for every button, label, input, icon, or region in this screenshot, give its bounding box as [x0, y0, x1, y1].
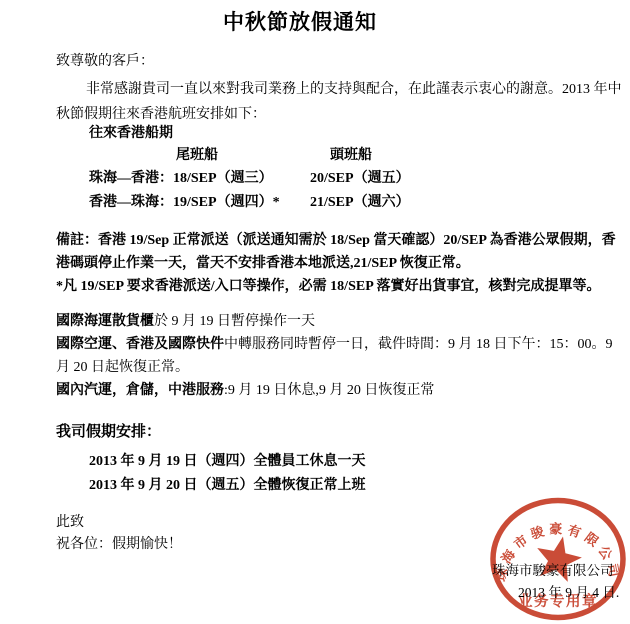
holiday-line-1: 2013 年 9 月 19 日（週四）全體員工休息一天 [89, 450, 366, 474]
schedule-column-headers: 尾班船頭班船 [176, 144, 372, 164]
page-title: 中秋節放假通知 [0, 6, 600, 36]
remarks-line-2: *凡 19/SEP 要求香港派送/入口等操作，必需 18/SEP 落實好出貨事宜… [56, 275, 624, 298]
service-label: 國內汽運，倉儲，中港服務 [56, 383, 224, 398]
remarks-line-1: 備註：香港 19/Sep 正常派送（派送通知需於 18/Sep 當天確認）20/… [56, 229, 624, 275]
remarks-block: 備註：香港 19/Sep 正常派送（派送通知需於 18/Sep 當天確認）20/… [56, 229, 624, 298]
schedule-heading: 往來香港船期 [89, 122, 173, 142]
route-last-ferry: 珠海—香港：18/SEP（週三） [89, 167, 310, 187]
holiday-lines: 2013 年 9 月 19 日（週四）全體員工休息一天 2013 年 9 月 2… [89, 450, 366, 498]
services-block: 國際海運散貨櫃於 9 月 19 日暫停操作一天 國際空運、香港及國際快件中轉服務… [56, 310, 624, 402]
holiday-heading: 我司假期安排： [56, 420, 161, 441]
service-text: :9 月 19 日休息,9 月 20 日恢復正常 [224, 383, 434, 398]
service-air-express: 國際空運、香港及國際快件中轉服務同時暫停一日，截件時間：9 月 18 日下午：1… [56, 333, 624, 379]
closing-block: 此致 祝各位：假期愉快！ [56, 512, 182, 556]
column-header-last-ferry: 尾班船 [176, 144, 330, 164]
service-sea-freight: 國際海運散貨櫃於 9 月 19 日暫停操作一天 [56, 310, 624, 333]
service-label: 國際海運散貨櫃 [56, 314, 154, 329]
service-text: 於 9 月 19 日暫停操作一天 [154, 314, 315, 329]
column-header-first-ferry: 頭班船 [330, 148, 372, 163]
first-ferry: 21/SEP（週六） [310, 195, 410, 210]
service-label: 國際空運、香港及國際快件 [56, 337, 224, 352]
intro-paragraph: 非常感謝貴司一直以來對我司業務上的支持與配合，在此謹表示衷心的謝意。2013 年… [56, 77, 622, 127]
closing-line-1: 此致 [56, 512, 182, 534]
salutation: 致尊敬的客戶： [56, 50, 154, 70]
schedule-row-zhuhai-hongkong: 珠海—香港：18/SEP（週三）20/SEP（週五） [89, 167, 410, 187]
notice-document: 中秋節放假通知 致尊敬的客戶： 非常感謝貴司一直以來對我司業務上的支持與配合，在… [0, 0, 630, 624]
first-ferry: 20/SEP（週五） [310, 171, 410, 186]
route-last-ferry: 香港—珠海：19/SEP（週四）* [89, 191, 310, 211]
holiday-line-2: 2013 年 9 月 20 日（週五）全體恢復正常上班 [89, 474, 366, 498]
signature-date: 2013 年 9 月 4 日. [518, 581, 619, 601]
service-domestic: 國內汽運，倉儲，中港服務:9 月 19 日休息,9 月 20 日恢復正常 [56, 379, 624, 402]
schedule-row-hongkong-zhuhai: 香港—珠海：19/SEP（週四）*21/SEP（週六） [89, 191, 410, 211]
signature-company: 珠海市駿豪有限公司 [492, 559, 614, 579]
closing-line-2: 祝各位：假期愉快！ [56, 534, 182, 556]
